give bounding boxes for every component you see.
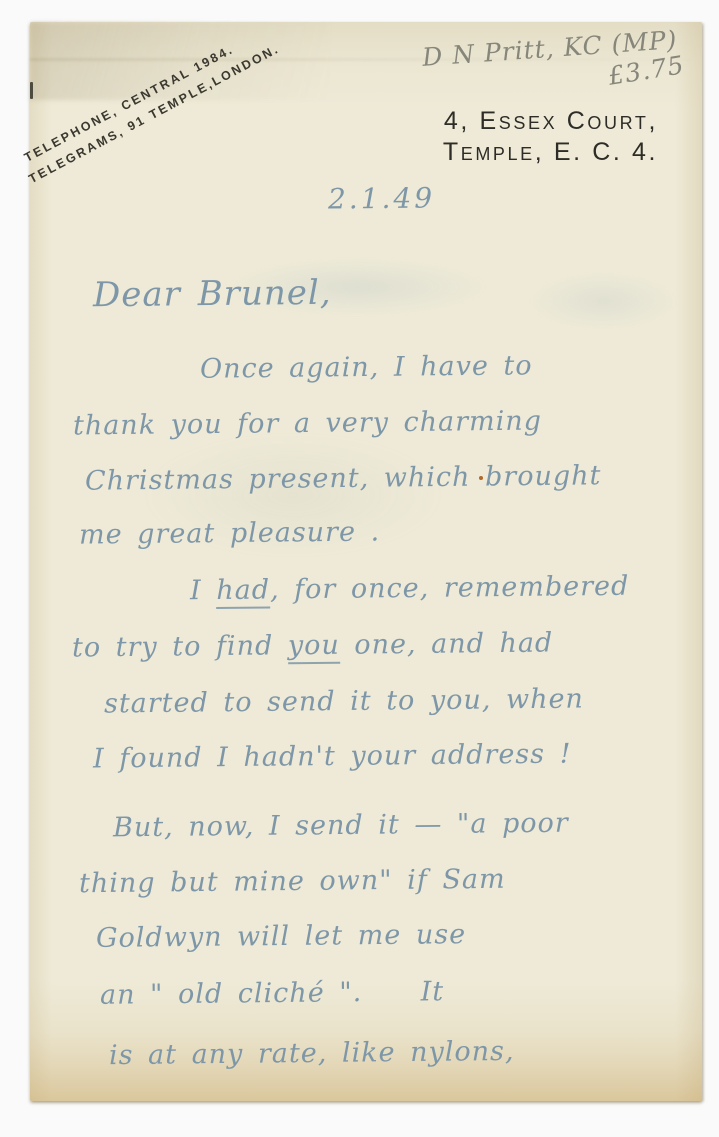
handwritten-line: is at any rate, like nylons, xyxy=(109,1036,515,1071)
underlined-word: you xyxy=(288,630,340,665)
handwritten-line: me great pleasure . xyxy=(79,516,380,550)
line-segment: I xyxy=(190,575,217,606)
handwritten-line: started to send it to you, when xyxy=(104,683,584,719)
line-segment: to try to find xyxy=(72,630,288,663)
handwritten-line: Once again, I have to xyxy=(200,350,533,384)
handwritten-line: to try to find you one, and had xyxy=(72,627,554,663)
address-line-2: Temple, E. C. 4. xyxy=(443,137,658,168)
handwritten-line: thing but mine own" if Sam xyxy=(79,864,506,899)
handwritten-line: I had, for once, remembered xyxy=(190,571,630,607)
handwritten-line: I found I hadn't your address ! xyxy=(93,738,572,774)
scan-artifact-notch xyxy=(30,82,33,99)
line-segment: one, and had xyxy=(340,627,554,660)
letterhead-address: 4, Essex Court, Temple, E. C. 4. xyxy=(443,106,658,168)
letter-paper: D N Pritt, KC (MP) £3.75 TELEPHONE, CENT… xyxy=(30,22,702,1101)
handwritten-line: an " old cliché ". It xyxy=(100,976,444,1011)
ink-bleed-through xyxy=(528,272,678,330)
address-line-1: 4, Essex Court, xyxy=(443,106,658,137)
scanned-letter: D N Pritt, KC (MP) £3.75 TELEPHONE, CENT… xyxy=(0,0,719,1137)
handwritten-line: Goldwyn will let me use xyxy=(96,919,466,954)
line-segment: , for once, remembered xyxy=(270,571,630,606)
handwritten-line: But, now, I send it — "a poor xyxy=(113,808,569,844)
letter-date: 2.1.49 xyxy=(328,181,435,215)
handwritten-line: Christmas present, which brought xyxy=(85,460,602,496)
salutation: Dear Brunel, xyxy=(93,273,332,315)
handwritten-line: thank you for a very charming xyxy=(73,406,542,442)
underlined-word: had xyxy=(216,574,270,609)
